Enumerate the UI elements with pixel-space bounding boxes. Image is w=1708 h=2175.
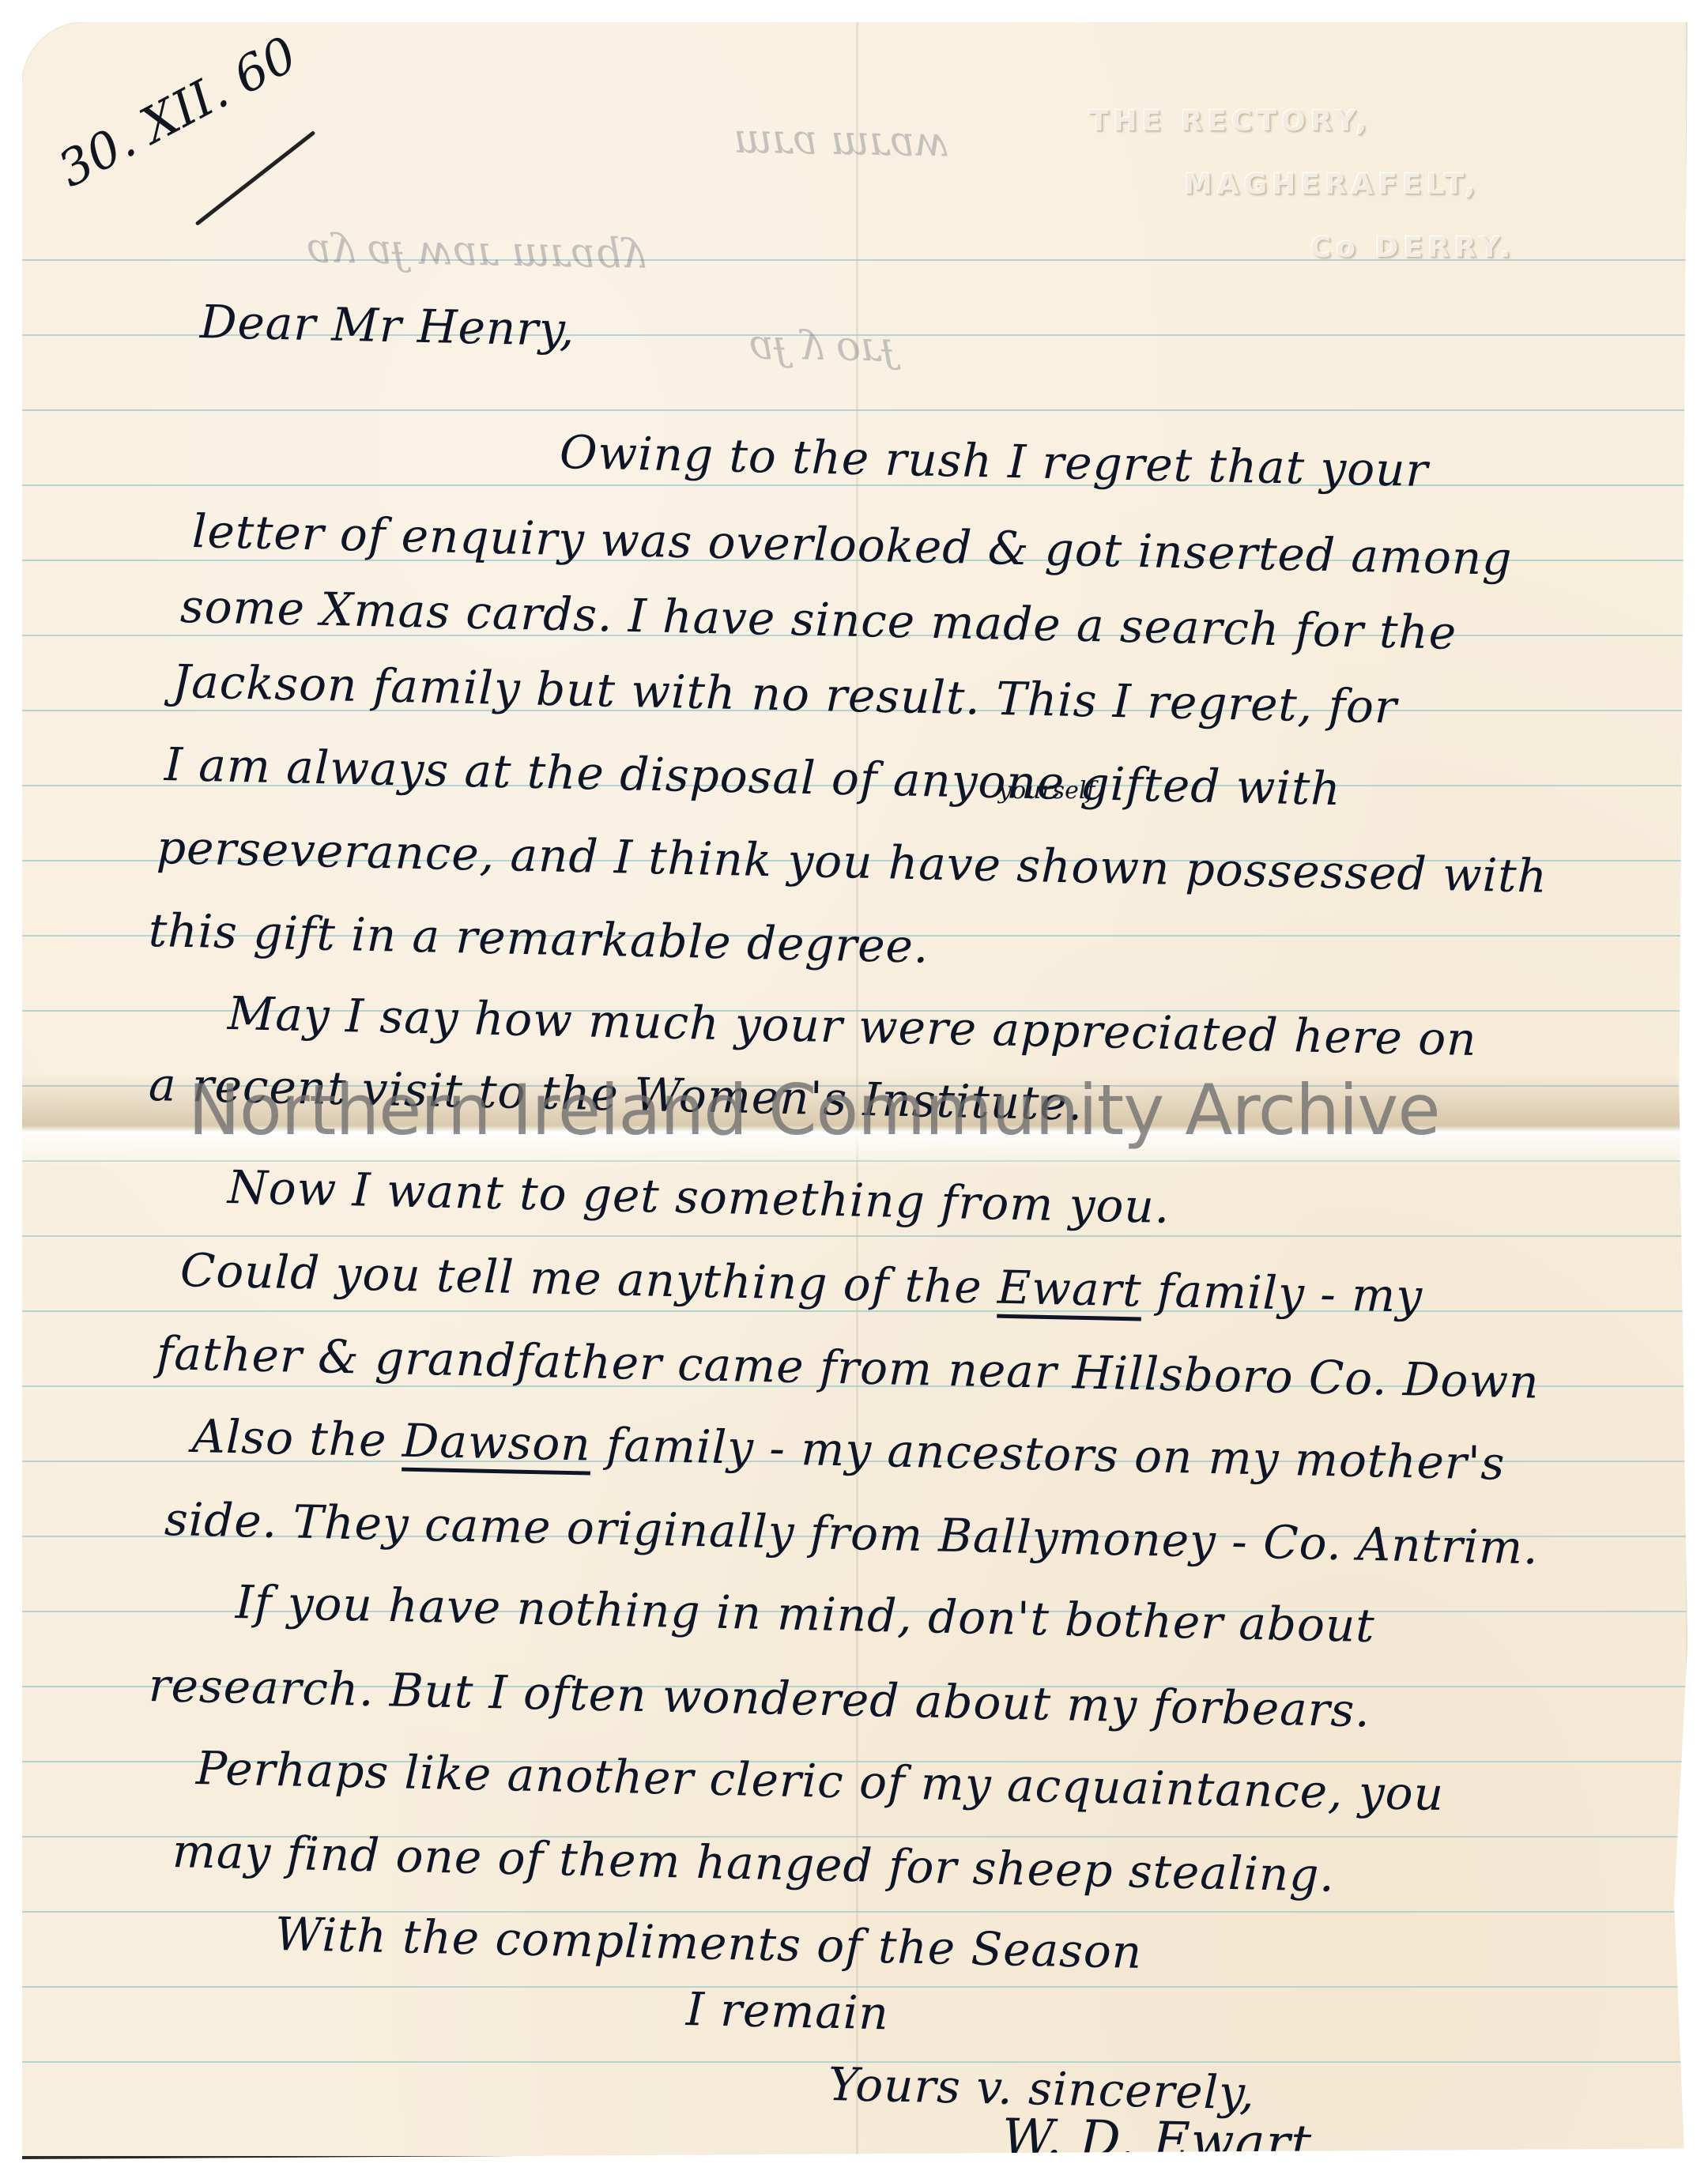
body-line: Perhaps like another cleric of my acquai… bbox=[195, 1741, 1444, 1821]
body-line: I am always at the disposal of anyone gi… bbox=[164, 737, 1341, 816]
ruled-line bbox=[22, 1235, 1686, 1237]
signature: W. D. Ewart. bbox=[1001, 2109, 1329, 2174]
underlined-name: Ewart bbox=[997, 1261, 1142, 1317]
archive-watermark: Northern Ireland Community Archive bbox=[188, 1069, 1440, 1151]
ink-bleed-through: ʎbɐɹɯ ɹɐʍ ɟɐ ʎɐ bbox=[307, 224, 646, 277]
closing-line: I remain bbox=[685, 1982, 889, 2040]
ruled-line bbox=[22, 409, 1686, 411]
body-line: some Xmas cards. I have since made a sea… bbox=[179, 579, 1457, 660]
letter-date: 30. XII. 60 bbox=[49, 25, 306, 198]
body-line: this gift in a remarkable degree. bbox=[148, 903, 929, 974]
date-underline bbox=[195, 130, 316, 226]
letter-paper: ʍɐɹɯ ɐɹɯ ʎbɐɹɯ ɹɐʍ ɟɐ ʎɐ ɟɹo ʎ ɟɐ THE RE… bbox=[22, 22, 1687, 2159]
ink-bleed-through: ʍɐɹɯ ɐɹɯ bbox=[733, 115, 950, 167]
body-line: May I say how much your were appreciated… bbox=[227, 986, 1477, 1066]
body-line: father & grandfather came from near Hill… bbox=[156, 1326, 1540, 1409]
body-line: research. But I often wondered about my … bbox=[148, 1658, 1371, 1737]
body-line: If you have nothing in mind, don't bothe… bbox=[235, 1575, 1375, 1653]
body-line: perseverance, and I think you have shown… bbox=[156, 820, 1548, 903]
ruled-line bbox=[22, 1911, 1686, 1913]
salutation: Dear Mr Henry, bbox=[199, 295, 575, 356]
body-line: Jackson family but with no result. This … bbox=[172, 654, 1397, 733]
body-line: Now I want to get something from you. bbox=[227, 1160, 1171, 1234]
letterhead-line-3: Co DERRY. bbox=[1310, 232, 1515, 264]
body-line: Also the Dawson family - my ancestors on… bbox=[191, 1409, 1506, 1491]
body-line: With the compliments of the Season bbox=[274, 1907, 1143, 1979]
body-line: Owing to the rush I regret that your bbox=[559, 425, 1429, 497]
ink-bleed-through: ɟɹo ʎ ɟɐ bbox=[748, 321, 895, 371]
letterhead-line-1: THE RECTORY, bbox=[1089, 105, 1371, 138]
underlined-name: Dawson bbox=[402, 1414, 591, 1472]
body-line: side. They came originally from Ballymon… bbox=[164, 1492, 1539, 1574]
letterhead-line-2: MAGHERAFELT, bbox=[1184, 168, 1480, 201]
inserted-word: yourself bbox=[998, 777, 1095, 805]
body-line: letter of enquiry was overlooked & got i… bbox=[191, 504, 1513, 586]
